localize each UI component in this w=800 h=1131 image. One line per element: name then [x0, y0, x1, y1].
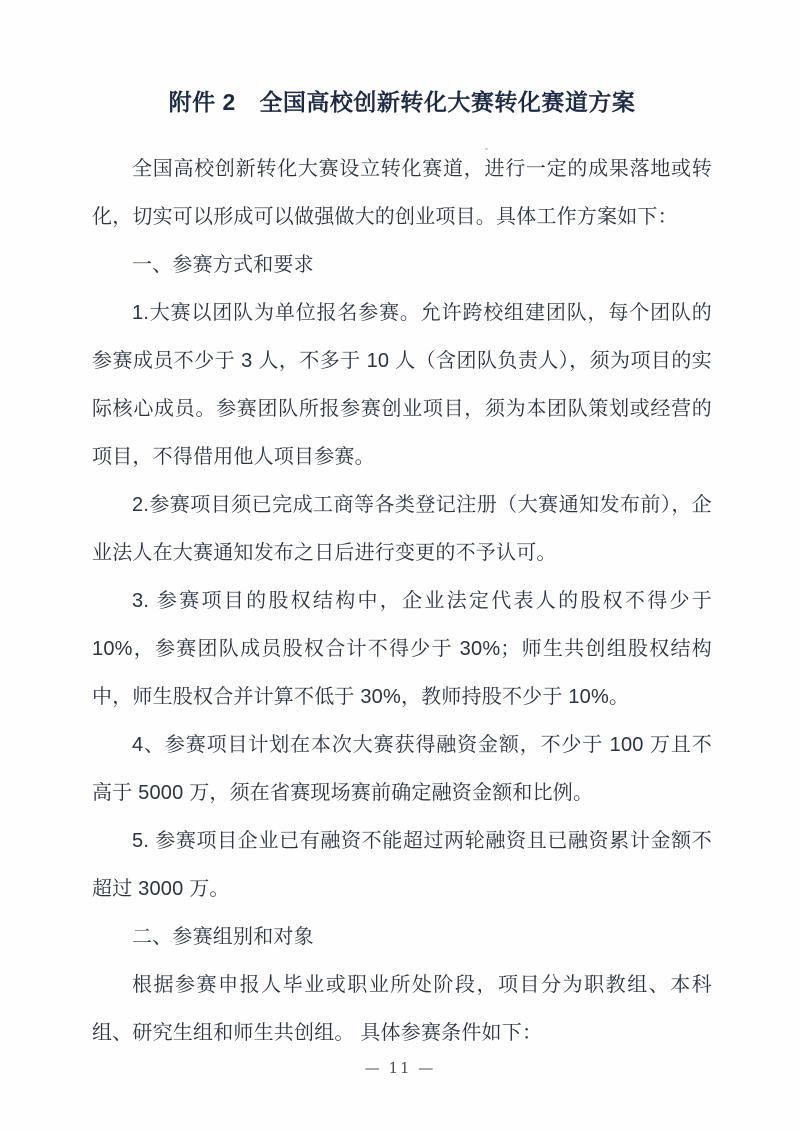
- rule-item-3: 3. 参赛项目的股权结构中，企业法定代表人的股权不得少于 10%，参赛团队成员股…: [92, 577, 712, 721]
- rule-item-2: 2.参赛项目须已完成工商等各类登记注册（大赛通知发布前），企业法人在大赛通知发布…: [92, 481, 712, 577]
- document-page: 附件 2 全国高校创新转化大赛转化赛道方案 全国高校创新转化大赛设立转化赛道，进…: [0, 0, 800, 1131]
- page-number: — 11 —: [0, 1059, 800, 1077]
- paragraph-groups: 根据参赛申报人毕业或职业所处阶段，项目分为职教组、本科组、研究生组和师生共创组。…: [92, 961, 712, 1057]
- section-heading-1: 一、参赛方式和要求: [92, 241, 712, 289]
- rule-item-4: 4、参赛项目计划在本次大赛获得融资金额，不少于 100 万且不高于 5000 万…: [92, 721, 712, 817]
- paragraph-intro: 全国高校创新转化大赛设立转化赛道，进行一定的成果落地或转化，切实可以形成可以做强…: [92, 145, 712, 241]
- section-heading-2: 二、参赛组别和对象: [92, 913, 712, 961]
- document-title: 附件 2 全国高校创新转化大赛转化赛道方案: [0, 0, 800, 117]
- document-body: 全国高校创新转化大赛设立转化赛道，进行一定的成果落地或转化，切实可以形成可以做强…: [92, 145, 712, 1057]
- rule-item-1: 1.大赛以团队为单位报名参赛。允许跨校组建团队，每个团队的参赛成员不少于 3 人…: [92, 289, 712, 481]
- rule-item-5: 5. 参赛项目企业已有融资不能超过两轮融资且已融资累计金额不超过 3000 万。: [92, 817, 712, 913]
